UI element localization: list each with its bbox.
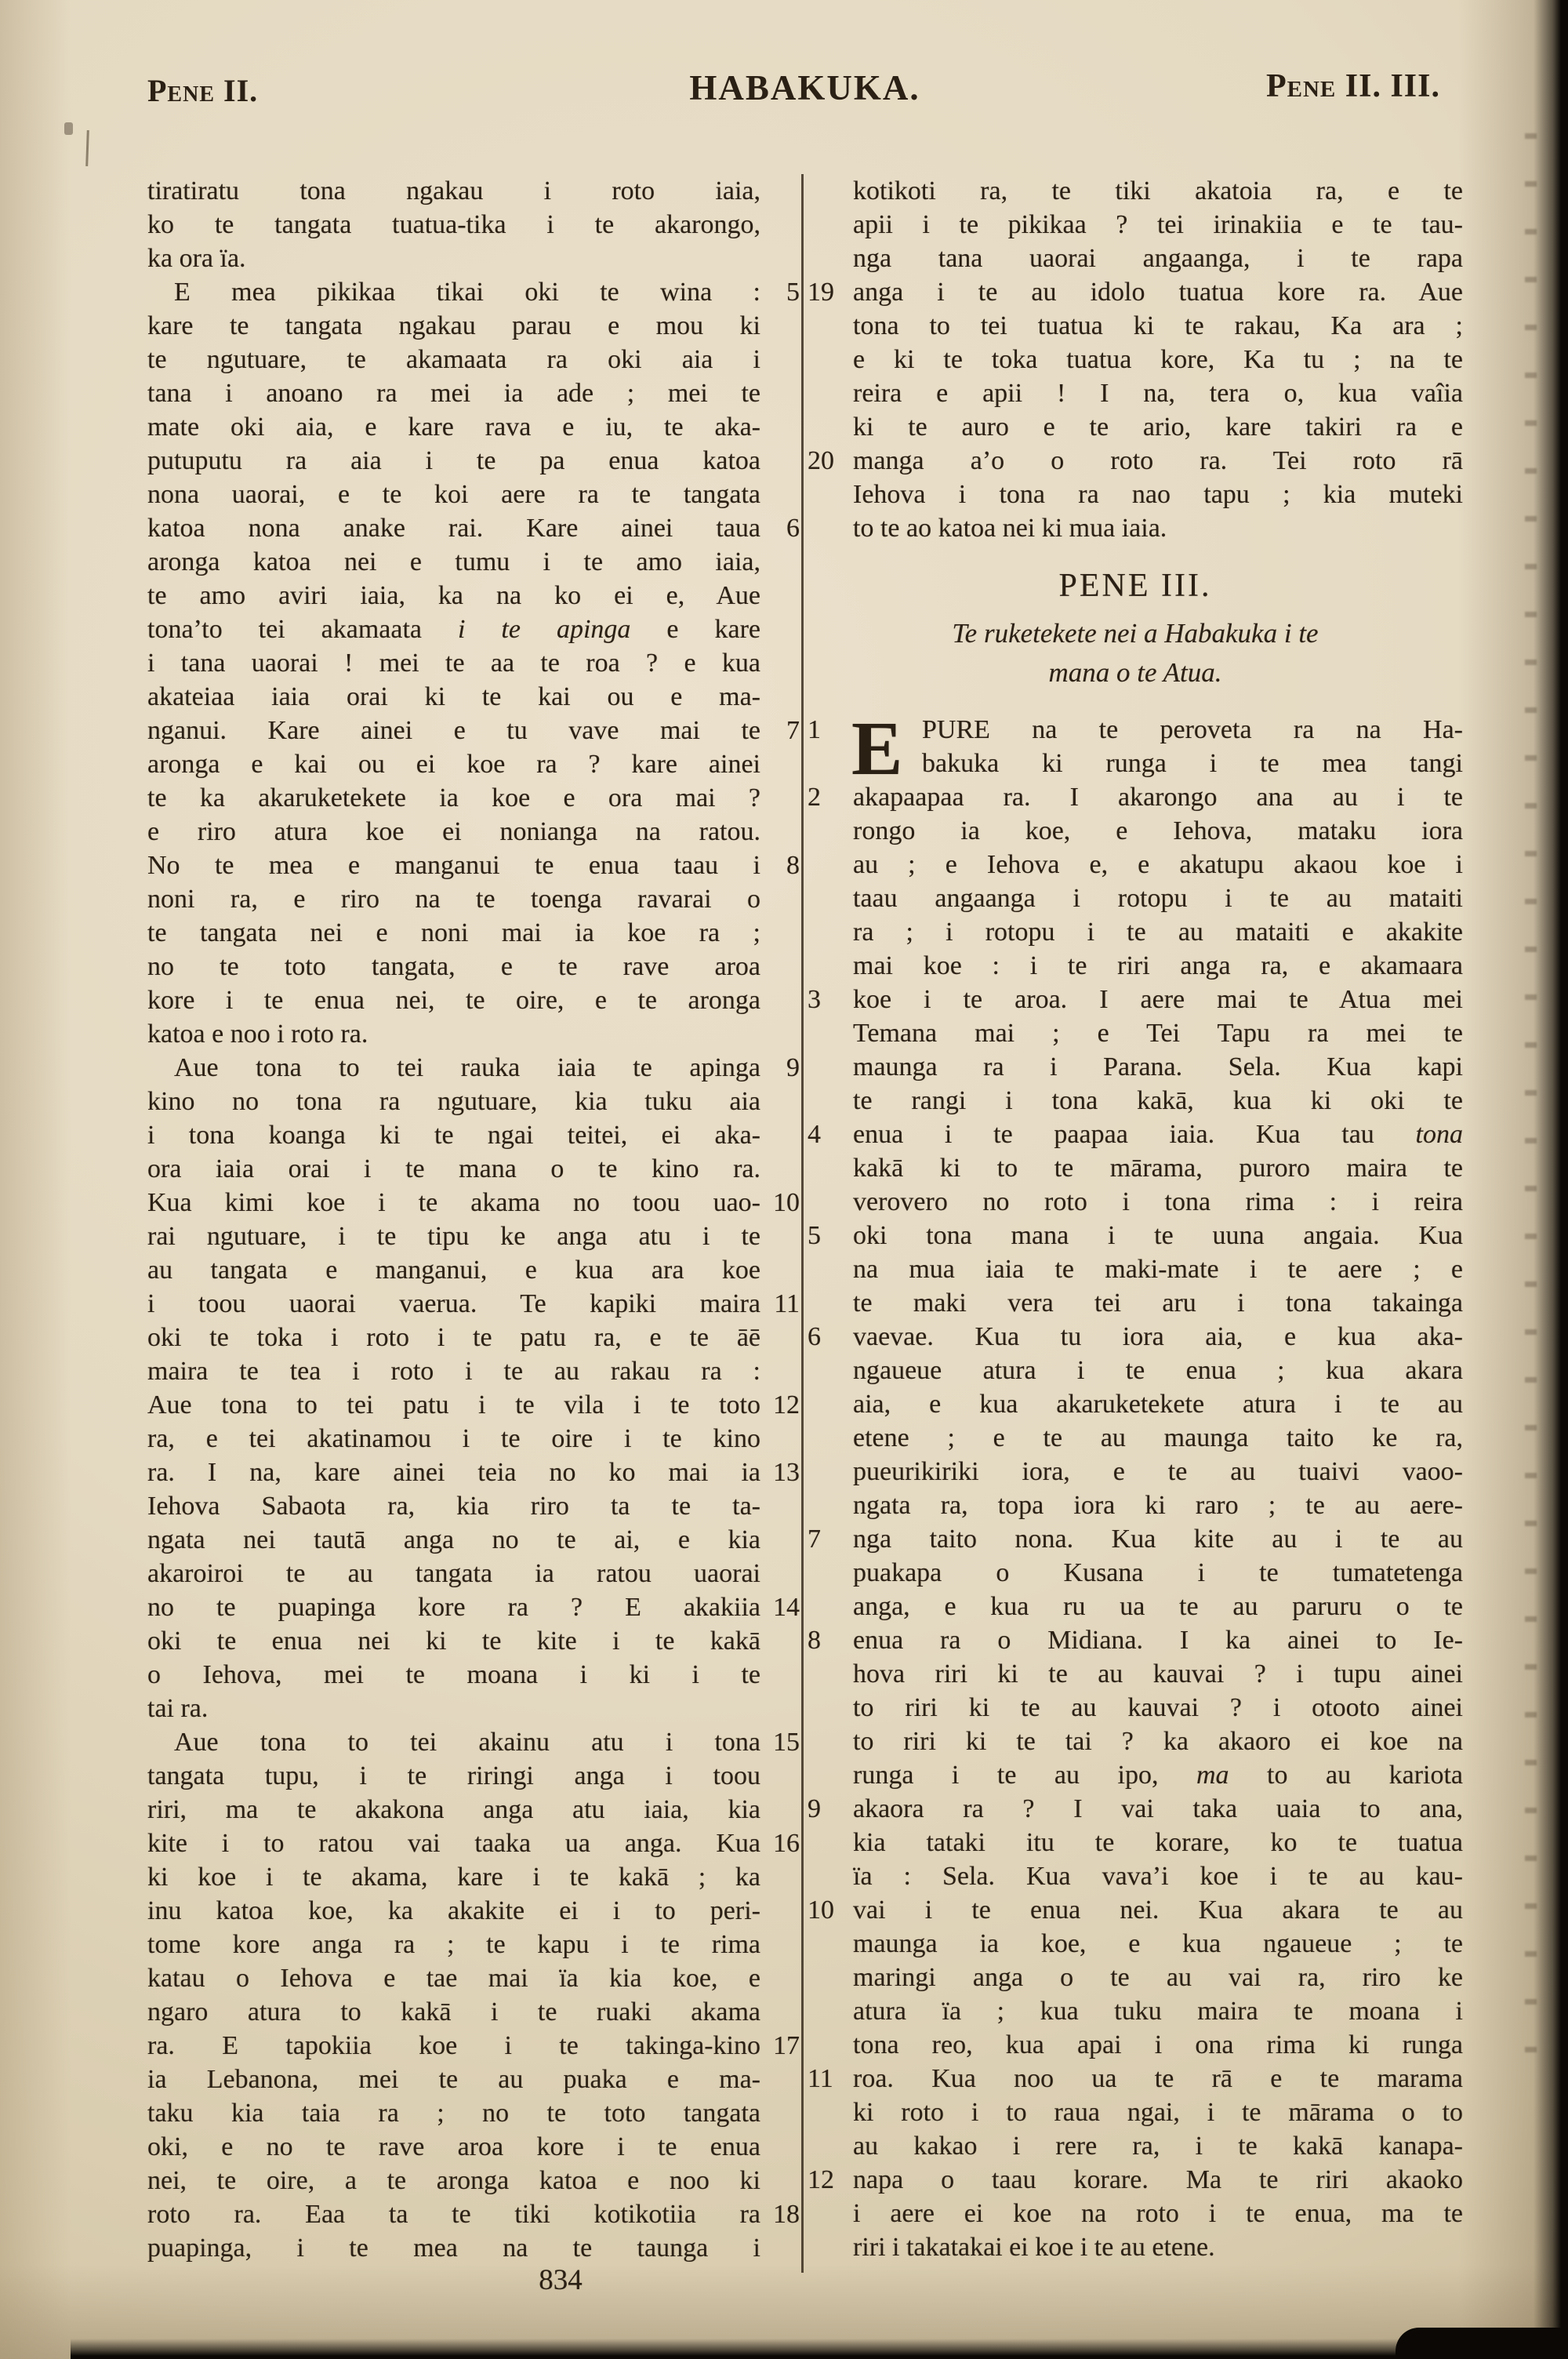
text-line: 14no te puapinga kore ra ? E akakiia (147, 1590, 801, 1624)
text-line-content: hova riri ki te au kauvai ? i tupu ainei (853, 1659, 1463, 1688)
text-line-content: no te puapinga kore ra ? E akakiia (147, 1593, 760, 1622)
text-line-content: riri, ma te akakona anga atu iaia, kia (147, 1795, 760, 1824)
text-line-content: taau angaanga i rotopu i te au mataiti (853, 884, 1463, 913)
text-line-content: akaora ra ? I vai taka uaia to ana, (853, 1794, 1463, 1823)
verse-number: 7 (786, 714, 800, 747)
verse-number: 10 (773, 1186, 800, 1219)
page-bottom-edge-shadow (71, 2339, 1568, 2359)
text-line: rongo ia koe, e Iehova, mataku iora (808, 814, 1463, 848)
page-right-edge-shadow (1534, 0, 1568, 2359)
text-line-content: ngaro atura to kakā i te ruaki akama (147, 1997, 760, 2026)
text-line-content: nona uaorai, e te koi aere ra te tangata (147, 480, 760, 509)
text-line: ia Lebanona, mei te au puaka e ma- (147, 2063, 801, 2096)
text-line-content: anga i te au idolo tuatua kore ra. Aue (853, 278, 1463, 307)
text-line-content: tome kore anga ra ; te kapu i te rima (147, 1930, 760, 1959)
text-line: riri i takatakai ei koe i te au etene. (808, 2230, 1463, 2264)
right-column: kotikoti ra, te tiki akatoia ra, e teapi… (808, 174, 1463, 2264)
text-line-content: oki te enua nei ki te kite i te kakā (147, 1627, 760, 1656)
text-line: 8No te mea e manganui te enua taau i (147, 849, 801, 882)
text-line: puakapa o Kusana i te tumatetenga (808, 1556, 1463, 1590)
right-column-top-text: kotikoti ra, te tiki akatoia ra, e teapi… (808, 174, 1463, 545)
header-chapter-right: Pene II. III. (1266, 67, 1440, 105)
text-line-content: oki, e no te rave aroa kore i te enua (147, 2132, 760, 2161)
text-line: 11i toou uaorai vaerua. Te kapiki maira (147, 1287, 801, 1321)
text-line-content: anga, e kua ru ua te au paruru o te (853, 1592, 1463, 1621)
text-line-content: maira te tea i roto i te au rakau ra : (147, 1357, 760, 1386)
chapter-subtitle-line: Te ruketekete nei a Habakuka i te (808, 614, 1463, 653)
text-line: maringi anga o te au vai ra, riro ke (808, 1961, 1463, 1994)
text-line-content: o Iehova, mei te moana i ki i te (147, 1660, 760, 1689)
verse-number: 8 (808, 1623, 821, 1657)
text-line-content: tona to tei tuatua ki te rakau, Ka ara ; (853, 311, 1463, 340)
text-line: ko te tangata tuatua-tika i te akarongo, (147, 208, 801, 242)
text-line-content: ra ; i rotopu i te au mataiti e akakite (853, 918, 1463, 947)
chapter-subtitle: Te ruketekete nei a Habakuka i te mana o… (808, 614, 1463, 692)
text-line: 8enua ra o Midiana. I ka ainei to Ie- (808, 1623, 1463, 1657)
text-line: tana i anoano ra mei ia ade ; mei te (147, 376, 801, 410)
verse-number: 5 (786, 275, 800, 309)
text-line-content: ko te tangata tuatua-tika i te akarongo, (147, 210, 760, 239)
text-line-content: ngaueue atura i te enua ; kua akara (853, 1356, 1463, 1385)
text-line-content: Temana mai ; e Tei Tapu ra mei te (853, 1019, 1463, 1048)
text-line-content: akaroiroi te au tangata ia ratou uaorai (147, 1559, 760, 1588)
text-line-content: ra. I na, kare ainei teia no ko mai ia (147, 1458, 760, 1487)
text-line: 16kite i to ratou vai taaka ua anga. Kua (147, 1826, 801, 1860)
text-line: 7nga taito nona. Kua kite au i te au (808, 1522, 1463, 1556)
text-line: Temana mai ; e Tei Tapu ra mei te (808, 1016, 1463, 1050)
text-line: 19anga i te au idolo tuatua kore ra. Aue (808, 275, 1463, 309)
text-line: i aere ei koe na roto i te enua, ma te (808, 2197, 1463, 2230)
text-line: to te ao katoa nei ki mua iaia. (808, 511, 1463, 545)
text-line-content: roto ra. Eaa ta te tiki kotikotiia ra (147, 2200, 760, 2229)
text-line-content: vai i te enua nei. Kua akara te au (853, 1896, 1463, 1925)
text-line: 3koe i te aroa. I aere mai te Atua mei (808, 983, 1463, 1016)
text-line-content: no te toto tangata, e te rave aroa (147, 952, 760, 981)
text-line-content: No te mea e manganui te enua taau i (147, 851, 760, 880)
verse-number: 9 (786, 1051, 800, 1085)
text-line: putuputu ra aia i te pa enua katoa (147, 444, 801, 478)
text-line-content: to riri ki te au kauvai ? i otooto ainei (853, 1693, 1463, 1722)
text-line: to riri ki te au kauvai ? i otooto ainei (808, 1691, 1463, 1725)
text-line: Iehova Sabaota ra, kia riro ta te ta- (147, 1489, 801, 1523)
verse-number: 11 (774, 1287, 800, 1321)
text-line-content: te amo aviri iaia, ka na ko ei e, Aue (147, 581, 760, 610)
text-line: aia, e kua akaruketekete atura i te au (808, 1387, 1463, 1421)
text-line-content: aia, e kua akaruketekete atura i te au (853, 1390, 1463, 1419)
text-line: aronga katoa nei e tumu i te amo iaia, (147, 545, 801, 579)
text-line: ïa : Sela. Kua vava’i koe i te au kau- (808, 1859, 1463, 1893)
text-line-content: pueurikiriki iora, e te au tuaivi vaoo- (853, 1457, 1463, 1486)
text-line: tangata tupu, i te riringi anga i toou (147, 1759, 801, 1793)
text-line-content: koe i te aroa. I aere mai te Atua mei (853, 985, 1463, 1014)
text-line-content: aronga e kai ou ei koe ra ? kare ainei (147, 750, 760, 779)
text-line: 18roto ra. Eaa ta te tiki kotikotiia ra (147, 2197, 801, 2231)
text-line: 13ra. I na, kare ainei teia no ko mai ia (147, 1456, 801, 1489)
chapter-subtitle-line: mana o te Atua. (808, 653, 1463, 692)
text-line-content: ngata nei tautā anga no te ai, e kia (147, 1525, 760, 1554)
text-line: aronga e kai ou ei koe ra ? kare ainei (147, 747, 801, 781)
text-line-content: i toou uaorai vaerua. Te kapiki maira (147, 1289, 760, 1318)
verse-number: 12 (773, 1388, 800, 1422)
text-line: 2akapaapaa ra. I akarongo ana au i te (808, 780, 1463, 814)
text-line: kore i te enua nei, te oire, e te aronga (147, 983, 801, 1017)
text-line-content: nganui. Kare ainei e tu vave mai te (147, 716, 760, 745)
text-line-content: kino no tona ra ngutuare, kia tuku aia (147, 1087, 760, 1116)
text-line: ora iaia orai i te mana o te kino ra. (147, 1152, 801, 1186)
text-line-content: e riro atura koe ei nonianga na ratou. (147, 817, 760, 846)
text-line: 15Aue tona to tei akainu atu i tona (147, 1725, 801, 1759)
text-line: i tona koanga ki te ngai teitei, ei aka- (147, 1118, 801, 1152)
text-line-content: Iehova Sabaota ra, kia riro ta te ta- (147, 1492, 760, 1521)
text-line-content: nei, te oire, a te aronga katoa e noo ki (147, 2166, 760, 2195)
text-line: bakuka ki runga i te mea tangi (808, 747, 1463, 780)
text-line: oki te enua nei ki te kite i te kakā (147, 1624, 801, 1658)
text-line: etene ; e te au maunga taito ke ra, (808, 1421, 1463, 1455)
text-line: 17ra. E tapokiia koe i te takinga-kino (147, 2029, 801, 2063)
text-line-content: katau o Iehova e tae mai ïa kia koe, e (147, 1964, 760, 1993)
verse-number: 13 (773, 1456, 800, 1489)
text-line: tiratiratu tona ngakau i roto iaia, (147, 174, 801, 208)
verse-number: 7 (808, 1522, 821, 1556)
text-line: i tana uaorai ! mei te aa te roa ? e kua (147, 646, 801, 680)
text-line-content: ngata ra, topa iora ki raro ; te au aere… (853, 1491, 1463, 1520)
text-line: 10vai i te enua nei. Kua akara te au (808, 1893, 1463, 1927)
text-line-content: katoa e noo i roto ra. (147, 1020, 368, 1049)
text-line-content: verovero no roto i tona rima : i reira (853, 1187, 1463, 1216)
text-line: apii i te pikikaa ? tei irinakiia e te t… (808, 208, 1463, 242)
text-line-content: te tangata nei e noni mai ia koe ra ; (147, 918, 760, 947)
text-line-content: roa. Kua noo ua te rā e te marama (853, 2064, 1463, 2093)
text-line-content: PURE na te peroveta ra na Ha- (922, 715, 1463, 744)
text-line-content: putuputu ra aia i te pa enua katoa (147, 446, 760, 475)
text-line-content: ki roto i to raua ngai, i te mārama o to (853, 2098, 1463, 2127)
text-line-content: riri i takatakai ei koe i te au etene. (853, 2233, 1215, 2262)
book-page: Pene II. HABAKUKA. Pene II. III. tiratir… (0, 0, 1568, 2359)
text-line-content: rongo ia koe, e Iehova, mataku iora (853, 816, 1463, 845)
text-line: 12Aue tona to tei patu i te vila i te to… (147, 1388, 801, 1422)
text-line: ra ; i rotopu i te au mataiti e akakite (808, 915, 1463, 949)
text-line: maira te tea i roto i te au rakau ra : (147, 1354, 801, 1388)
text-line: riri, ma te akakona anga atu iaia, kia (147, 1793, 801, 1826)
text-line: reira e apii ! I na, tera o, kua vaîia (808, 376, 1463, 410)
verse-number: 3 (808, 983, 821, 1016)
text-line-content: noni ra, e riro na te toenga ravarai o (147, 885, 760, 914)
text-line: taku kia taia ra ; no te toto tangata (147, 2096, 801, 2130)
text-line-content: te ngutuare, te akamaata ra oki aia i (147, 345, 760, 374)
text-line-content: bakuka ki runga i te mea tangi (922, 749, 1463, 778)
text-line-content: to riri ki te tai ? ka akaoro ei koe na (853, 1727, 1463, 1756)
text-line-content: i aere ei koe na roto i te enua, ma te (853, 2199, 1463, 2228)
text-line: 1EPURE na te peroveta ra na Ha- (808, 713, 1463, 747)
text-line-content: mate oki aia, e kare rava e iu, te aka- (147, 413, 760, 442)
text-line: taau angaanga i rotopu i te au mataiti (808, 881, 1463, 915)
text-line: atura ïa ; kua tuku maira te moana i (808, 1994, 1463, 2028)
text-line-content: te ka akaruketekete ia koe e ora mai ? (147, 783, 760, 812)
text-line-content: kare te tangata ngakau parau e mou ki (147, 311, 760, 340)
text-line-content: na mua iaia te maki-mate i te aere ; e (853, 1255, 1463, 1284)
text-line: 9akaora ra ? I vai taka uaia to ana, (808, 1792, 1463, 1826)
text-line-content: atura ïa ; kua tuku maira te moana i (853, 1997, 1463, 2026)
text-line: nona uaorai, e te koi aere ra te tangata (147, 478, 801, 511)
text-line: 20manga a’o o roto ra. Tei roto rā (808, 444, 1463, 478)
text-line: nei, te oire, a te aronga katoa e noo ki (147, 2164, 801, 2197)
text-line: to riri ki te tai ? ka akaoro ei koe na (808, 1725, 1463, 1758)
text-line-content: manga a’o o roto ra. Tei roto rā (853, 446, 1463, 475)
text-line: inu katoa koe, ka akakite ei i to peri- (147, 1894, 801, 1928)
left-column: tiratiratu tona ngakau i roto iaia,ko te… (147, 174, 801, 2265)
text-line: maunga ra i Parana. Sela. Kua kapi (808, 1050, 1463, 1084)
verse-number: 4 (808, 1118, 821, 1151)
text-line-content: kore i te enua nei, te oire, e te aronga (147, 986, 760, 1015)
margin-mark (85, 130, 89, 166)
text-line: te ngutuare, te akamaata ra oki aia i (147, 343, 801, 376)
text-line: puapinga, i te mea na te taunga i (147, 2231, 801, 2265)
text-line-content: te rangi i tona kakā, kua ki oki te (853, 1086, 1463, 1115)
text-line-content: ia Lebanona, mei te au puaka e ma- (147, 2065, 760, 2094)
text-line-content: napa o taau korare. Ma te riri akaoko (853, 2165, 1463, 2194)
text-line: nga tana uaorai angaanga, i te rapa (808, 242, 1463, 275)
page-corner-shadow (1396, 2328, 1568, 2359)
text-line-content: maringi anga o te au vai ra, riro ke (853, 1963, 1463, 1992)
text-line-content: mai koe : i te riri anga ra, e akamaara (853, 951, 1463, 980)
text-line-content: au ; e Iehova e, e akatupu akaou koe i (853, 850, 1463, 879)
text-line-content: katoa nona anake rai. Kare ainei taua (147, 514, 760, 543)
verse-number: 6 (808, 1320, 821, 1354)
text-line-content: reira e apii ! I na, tera o, kua vaîia (853, 379, 1463, 408)
text-line-content: akateiaa iaia orai ki te kai ou e ma- (147, 682, 760, 711)
text-line: akateiaa iaia orai ki te kai ou e ma- (147, 680, 801, 714)
text-line: kare te tangata ngakau parau e mou ki (147, 309, 801, 343)
text-line-content: kotikoti ra, te tiki akatoia ra, e te (853, 176, 1463, 205)
text-line-content: runga i te au ipo, ma to au kariota (853, 1761, 1463, 1790)
verse-number: 9 (808, 1792, 821, 1826)
text-line-content: i tana uaorai ! mei te aa te roa ? e kua (147, 649, 760, 678)
text-line: kotikoti ra, te tiki akatoia ra, e te (808, 174, 1463, 208)
verse-number: 20 (808, 444, 834, 478)
text-line-content: oki te toka i roto i te patu ra, e te āē (147, 1323, 760, 1352)
text-line-content: ka ora ïa. (147, 244, 246, 273)
verse-number: 16 (773, 1826, 800, 1860)
text-line: 6vaevae. Kua tu iora aia, e kua aka- (808, 1320, 1463, 1354)
text-line-content: Aue tona to tei rauka iaia te apinga (174, 1053, 760, 1082)
text-line-content: rai ngutuare, i te tipu ke anga atu i te (147, 1222, 760, 1251)
text-line-content: maunga ia koe, e kua ngaueue ; te (853, 1929, 1463, 1958)
text-line: 6katoa nona anake rai. Kare ainei taua (147, 511, 801, 545)
text-line: mai koe : i te riri anga ra, e akamaara (808, 949, 1463, 983)
text-line: e riro atura koe ei nonianga na ratou. (147, 815, 801, 849)
text-line: maunga ia koe, e kua ngaueue ; te (808, 1927, 1463, 1961)
text-line-content: aronga katoa nei e tumu i te amo iaia, (147, 547, 760, 576)
text-line: ngata nei tautā anga no te ai, e kia (147, 1523, 801, 1557)
text-line-content: ora iaia orai i te mana o te kino ra. (147, 1154, 760, 1183)
text-line-content: kia tataki itu te korare, ko te tuatua (853, 1828, 1463, 1857)
text-line: Iehova i tona ra nao tapu ; kia muteki (808, 478, 1463, 511)
verse-number: 5 (808, 1219, 821, 1252)
text-line-content: e ki te toka tuatua kore, Ka tu ; na te (853, 345, 1463, 374)
text-line-content: tangata tupu, i te riringi anga i toou (147, 1761, 760, 1790)
verse-number: 1 (808, 713, 821, 747)
text-line: tona to tei tuatua ki te rakau, Ka ara ; (808, 309, 1463, 343)
text-line: tai ra. (147, 1692, 801, 1725)
text-line: katoa e noo i roto ra. (147, 1017, 801, 1051)
verse-number: 8 (786, 849, 800, 882)
verse-number: 19 (808, 275, 834, 309)
text-line-content: ra. E tapokiia koe i te takinga-kino (147, 2031, 760, 2060)
text-line: kia tataki itu te korare, ko te tuatua (808, 1826, 1463, 1859)
text-line: 11roa. Kua noo ua te rā e te marama (808, 2062, 1463, 2095)
text-line: tona reo, kua apai i ona rima ki runga (808, 2028, 1463, 2062)
text-line: rai ngutuare, i te tipu ke anga atu i te (147, 1219, 801, 1253)
verse-number: 15 (773, 1725, 800, 1759)
verse-number: 17 (773, 2029, 800, 2063)
text-line: kino no tona ra ngutuare, kia tuku aia (147, 1085, 801, 1118)
text-line: katau o Iehova e tae mai ïa kia koe, e (147, 1961, 801, 1995)
text-line: au tangata e manganui, e kua ara koe (147, 1253, 801, 1287)
verse-number: 18 (773, 2197, 800, 2231)
verse-number: 12 (808, 2163, 834, 2197)
text-line: 4enua i te paapaa iaia. Kua tau tona (808, 1118, 1463, 1151)
text-line: verovero no roto i tona rima : i reira (808, 1185, 1463, 1219)
text-line-content: to te ao katoa nei ki mua iaia. (853, 514, 1167, 543)
text-line-content: enua i te paapaa iaia. Kua tau tona (853, 1120, 1463, 1149)
text-line: kakā ki to te mārama, puroro maira te (808, 1151, 1463, 1185)
text-line-content: etene ; e te au maunga taito ke ra, (853, 1423, 1463, 1452)
text-line-content: apii i te pikikaa ? tei irinakiia e te t… (853, 210, 1463, 239)
text-line-content: i tona koanga ki te ngai teitei, ei aka- (147, 1121, 760, 1150)
text-line: ngaueue atura i te enua ; kua akara (808, 1354, 1463, 1387)
text-line-content: au kakao i rere ra, i te kakā kanapa- (853, 2132, 1463, 2161)
verse-number: 14 (773, 1590, 800, 1624)
text-line: ki koe i te akama, kare i te kakā ; ka (147, 1860, 801, 1894)
column-divider-rule (801, 174, 804, 2273)
verse-number: 11 (808, 2062, 833, 2095)
header-book-title: HABAKUKA. (147, 67, 1462, 108)
text-line-content: kakā ki to te mārama, puroro maira te (853, 1154, 1463, 1183)
text-line: te amo aviri iaia, ka na ko ei e, Aue (147, 579, 801, 612)
verse-number: 6 (786, 511, 800, 545)
text-line-content: puapinga, i te mea na te taunga i (147, 2234, 760, 2263)
text-line-content: puakapa o Kusana i te tumatetenga (853, 1558, 1463, 1587)
verse-number: 2 (808, 780, 821, 814)
text-line-content: nga taito nona. Kua kite au i te au (853, 1525, 1463, 1554)
text-line: ngata ra, topa iora ki raro ; te au aere… (808, 1488, 1463, 1522)
text-line-content: vaevae. Kua tu iora aia, e kua aka- (853, 1322, 1463, 1351)
text-line: au kakao i rere ra, i te kakā kanapa- (808, 2129, 1463, 2163)
text-line: noni ra, e riro na te toenga ravarai o (147, 882, 801, 916)
text-line-content: taku kia taia ra ; no te toto tangata (147, 2099, 760, 2128)
text-line: te ka akaruketekete ia koe e ora mai ? (147, 781, 801, 815)
text-line: na mua iaia te maki-mate i te aere ; e (808, 1252, 1463, 1286)
text-line: te rangi i tona kakā, kua ki oki te (808, 1084, 1463, 1118)
text-line: te tangata nei e noni mai ia koe ra ; (147, 916, 801, 950)
running-header: Pene II. HABAKUKA. Pene II. III. (147, 67, 1462, 114)
text-line-content: ra, e tei akatinamou i te oire i te kino (147, 1424, 760, 1453)
text-line: au ; e Iehova e, e akatupu akaou koe i (808, 848, 1463, 881)
paper-speck (64, 122, 73, 135)
text-line-content: ïa : Sela. Kua vava’i koe i te au kau- (853, 1862, 1463, 1891)
text-line-content: Kua kimi koe i te akama no toou uao- (147, 1188, 760, 1217)
text-line: 9Aue tona to tei rauka iaia te apinga (147, 1051, 801, 1085)
text-line: ka ora ïa. (147, 242, 801, 275)
text-line: te maki vera tei aru i tona takainga (808, 1286, 1463, 1320)
text-line-content: au tangata e manganui, e kua ara koe (147, 1256, 760, 1285)
text-line-content: ki te auro e te ario, kare takiri ra e (853, 413, 1463, 442)
text-line-content: akapaapaa ra. I akarongo ana au i te (853, 783, 1463, 812)
text-line-content: tona reo, kua apai i ona rima ki runga (853, 2030, 1463, 2059)
text-line-content: ki koe i te akama, kare i te kakā ; ka (147, 1863, 760, 1892)
text-line-content: oki tona mana i te uuna angaia. Kua (853, 1221, 1463, 1250)
text-line: ki te auro e te ario, kare takiri ra e (808, 410, 1463, 444)
text-line-content: tana i anoano ra mei ia ade ; mei te (147, 379, 760, 408)
text-line: akaroiroi te au tangata ia ratou uaorai (147, 1557, 801, 1590)
text-line-content: maunga ra i Parana. Sela. Kua kapi (853, 1052, 1463, 1081)
text-line-content: enua ra o Midiana. I ka ainei to Ie- (853, 1626, 1463, 1655)
text-line-content: Iehova i tona ra nao tapu ; kia muteki (853, 480, 1463, 509)
text-line: 12napa o taau korare. Ma te riri akaoko (808, 2163, 1463, 2197)
text-line: tome kore anga ra ; te kapu i te rima (147, 1928, 801, 1961)
text-line-content: tona’to tei akamaata i te apinga e kare (147, 615, 760, 644)
chapter-heading: PENE III. (808, 567, 1463, 605)
text-line: e ki te toka tuatua kore, Ka tu ; na te (808, 343, 1463, 376)
verse-number: 10 (808, 1893, 834, 1927)
text-line-content: E mea pikikaa tikai oki te wina : (174, 278, 760, 307)
text-line: oki te toka i roto i te patu ra, e te āē (147, 1321, 801, 1354)
text-line: oki, e no te rave aroa kore i te enua (147, 2130, 801, 2164)
right-column-verse-text: 1EPURE na te peroveta ra na Ha-bakuka ki… (808, 713, 1463, 2264)
text-line-content: Aue tona to tei akainu atu i tona (174, 1728, 760, 1757)
text-line: anga, e kua ru ua te au paruru o te (808, 1590, 1463, 1623)
text-line: 7nganui. Kare ainei e tu vave mai te (147, 714, 801, 747)
text-line: no te toto tangata, e te rave aroa (147, 950, 801, 983)
text-line-content: tiratiratu tona ngakau i roto iaia, (147, 176, 760, 205)
text-line: runga i te au ipo, ma to au kariota (808, 1758, 1463, 1792)
text-line: pueurikiriki iora, e te au tuaivi vaoo- (808, 1455, 1463, 1488)
text-line-content: kite i to ratou vai taaka ua anga. Kua (147, 1829, 760, 1858)
text-line: ra, e tei akatinamou i te oire i te kino (147, 1422, 801, 1456)
text-line: mate oki aia, e kare rava e iu, te aka- (147, 410, 801, 444)
text-line: ngaro atura to kakā i te ruaki akama (147, 1995, 801, 2029)
text-line: o Iehova, mei te moana i ki i te (147, 1658, 801, 1692)
text-line-content: nga tana uaorai angaanga, i te rapa (853, 244, 1463, 273)
text-line-content: te maki vera tei aru i tona takainga (853, 1289, 1463, 1318)
text-line: ki roto i to raua ngai, i te mārama o to (808, 2095, 1463, 2129)
text-line: 10Kua kimi koe i te akama no toou uao- (147, 1186, 801, 1219)
text-line-content: inu katoa koe, ka akakite ei i to peri- (147, 1896, 760, 1925)
text-line-content: tai ra. (147, 1694, 208, 1723)
text-line: hova riri ki te au kauvai ? i tupu ainei (808, 1657, 1463, 1691)
text-line: 5E mea pikikaa tikai oki te wina : (147, 275, 801, 309)
text-line: 5oki tona mana i te uuna angaia. Kua (808, 1219, 1463, 1252)
page-number: 834 (539, 2263, 583, 2297)
text-line-content: Aue tona to tei patu i te vila i te toto (147, 1390, 760, 1419)
text-line: tona’to tei akamaata i te apinga e kare (147, 612, 801, 646)
